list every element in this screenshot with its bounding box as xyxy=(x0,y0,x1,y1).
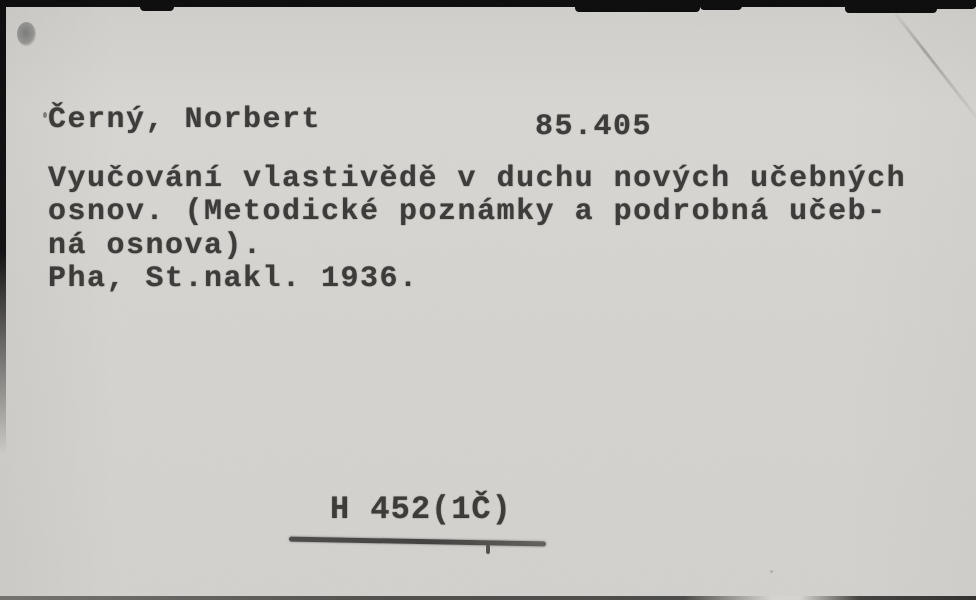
title-line-2: osnov. (Metodické poznámky a podrobná uč… xyxy=(48,196,906,229)
scan-edge-artifact xyxy=(700,0,742,10)
paper-crease xyxy=(891,8,976,128)
catalog-number: 85.405 xyxy=(535,111,652,144)
author-line: Černý, Norbert xyxy=(48,104,321,137)
hole-punch-mark xyxy=(17,22,36,46)
title-line-3: ná osnova). xyxy=(48,230,906,263)
scan-edge-artifact xyxy=(140,0,174,11)
scan-edge-left xyxy=(0,5,6,455)
scan-edge-artifact xyxy=(575,0,700,12)
underline-tick-mark xyxy=(486,545,490,554)
ink-speck xyxy=(770,570,773,573)
scan-edge-artifact xyxy=(930,0,976,9)
publication-line: Pha, St.nakl. 1936. xyxy=(48,263,906,296)
title-block: Vyučování vlastivědě v duchu nových učeb… xyxy=(48,163,906,297)
call-number-underline xyxy=(289,537,546,547)
ink-speck xyxy=(43,112,47,118)
title-line-1: Vyučování vlastivědě v duchu nových učeb… xyxy=(48,163,906,196)
call-number: H 452(1Č) xyxy=(330,492,512,528)
scan-edge-bottom xyxy=(0,596,976,600)
catalog-card: Černý, Norbert 85.405 Vyučování vlastivě… xyxy=(0,0,976,600)
